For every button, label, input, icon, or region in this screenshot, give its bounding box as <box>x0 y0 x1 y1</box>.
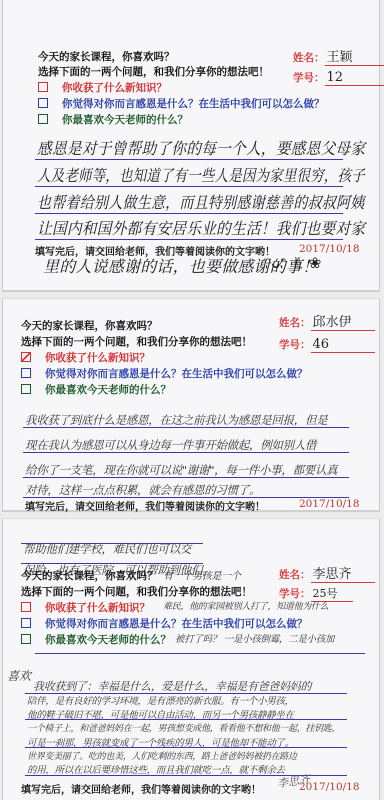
ruled-line <box>23 427 349 428</box>
intro-line-1: 今天的家长课程，你喜欢吗？ <box>38 50 175 65</box>
ruled-line <box>35 186 343 187</box>
intro-line-2: 选择下面的一两个问题，和我们分享你的想法吧！ <box>38 65 269 80</box>
name-value: 邱水伊 <box>311 311 375 331</box>
handwriting-line: 让国内和国外都有安居乐业的生活！我们也要对家 <box>37 216 365 239</box>
question-gratitude: 你觉得对你而言感恩是什么？在生活中我们可以怎么做？ <box>21 366 308 382</box>
ruled-line <box>23 477 349 478</box>
question-gratitude: 你觉得对你而言感恩是什么？在生活中我们可以怎么做？ <box>38 96 325 112</box>
handwriting-line: 现在我认为感恩可以从身边每一件事开始做起，例如别人借 <box>25 437 316 453</box>
doodle-icon: ᵔᴗᵔ ✌ ❀ <box>265 254 321 272</box>
question-new-knowledge: 你收获了什么新知识？ <box>38 80 167 96</box>
checkbox[interactable] <box>38 98 48 108</box>
question-favorite-teacher: 你最喜欢今天老师的什么？ <box>21 632 171 648</box>
handwriting-line: 陪伴，是有良好的学习环境，是有漂亮的新衣服。有一个小男孩， <box>27 693 294 707</box>
name-label: 姓名： <box>293 52 325 64</box>
handwriting-line: 一个椅子上，和爸爸妈妈在一起，男孩想变成他，看看他不想和他一起，挂钥匙， <box>27 721 340 734</box>
feedback-card-3: 帮助他们建学校，难民们也可以交 保险，也有了医院，可以帮助到他们。 姓名：李思齐… <box>2 518 380 800</box>
name-value: 李思齐 <box>311 563 375 583</box>
checkbox-checked[interactable] <box>21 352 31 362</box>
ruled-line <box>35 653 365 654</box>
handwriting-line: 我收获到了：幸福是什么，爱是什么，幸福是有爸爸妈妈的 <box>33 678 311 694</box>
student-no-field: 学号：12 <box>293 70 384 86</box>
feedback-card-1: 姓名：王颖 学号：12 今天的家长课程，你喜欢吗？ 选择下面的一两个问题，和我们… <box>2 0 380 292</box>
intro-line-1: 今天的家长课程，你喜欢吗？ <box>21 569 158 584</box>
checkbox[interactable] <box>21 368 31 378</box>
checkbox[interactable] <box>38 82 48 92</box>
feedback-card-2: 姓名：邱水伊 学号：46 今天的家长课程，你喜欢吗？ 选择下面的一两个问题，和我… <box>2 298 380 512</box>
footer-instruction: 填写完后，请交回给老师，我们等着阅读你的文字哟！ <box>25 498 265 513</box>
checkbox[interactable] <box>21 618 31 628</box>
name-field: 姓名：邱水伊 <box>279 311 375 331</box>
checkbox[interactable] <box>38 114 48 124</box>
student-no-field: 学号：46 <box>279 337 375 353</box>
question-favorite-teacher: 你最喜欢今天老师的什么？ <box>21 382 171 398</box>
checkbox[interactable] <box>21 602 31 612</box>
handwriting-line: 人及老师等，也知道了有一些人是因为家里很穷，孩子 <box>37 163 365 186</box>
handwriting-line: 给你了一支笔，现在你就可以说"谢谢"，每一件小事，都要认真 <box>25 462 337 478</box>
handwriting-note: 难民，他的家园被别人打了，知道他为什么 <box>163 599 328 612</box>
student-no-label: 学号： <box>279 339 311 351</box>
question-favorite-teacher: 你最喜欢今天老师的什么？ <box>38 112 188 128</box>
student-no-value: 46 <box>311 337 375 353</box>
name-label: 姓名： <box>279 317 311 329</box>
ruled-line <box>25 747 347 748</box>
handwriting-line: 我收获了到底什么是感恩，在这之前我认为感恩是回报，但是 <box>25 412 327 428</box>
student-no-value: 12 <box>325 70 384 86</box>
ruled-line <box>23 452 349 453</box>
checkbox[interactable] <box>21 634 31 644</box>
name-label: 姓名： <box>279 569 311 581</box>
intro-line-2: 选择下面的一两个问题，和我们分享你的想法吧！ <box>21 585 252 600</box>
margin-note: 喜欢 <box>7 667 31 684</box>
handwriting-line: 也帮着给别人做生意，而且特别感谢慈善的叔叔阿姨 <box>37 190 365 213</box>
ruled-line <box>25 719 347 720</box>
question-new-knowledge: 你收获了什么新知识？ <box>21 350 150 366</box>
handwriting-note: 帮助他们建学校，难民们也可以交 <box>23 541 191 557</box>
question-new-knowledge: 你收获了什么新知识？ <box>21 600 150 616</box>
handwriting-line: 对待，这样一点点积累，就会有感恩的习惯了。 <box>25 482 260 498</box>
intro-line-1: 今天的家长课程，你喜欢吗？ <box>21 319 158 334</box>
checkbox[interactable] <box>21 384 31 394</box>
name-value: 王颖 <box>325 46 384 66</box>
handwriting-line: 世界变美丽了。吃的也美，人们吃剩的东西，路上爸爸妈妈被扔在路边 <box>27 749 297 762</box>
name-field: 姓名：王颖 <box>293 46 384 66</box>
ruled-line <box>35 239 343 240</box>
ruled-line <box>35 213 343 214</box>
question-gratitude: 你觉得对你而言感恩是什么？在生活中我们可以怎么做？ <box>21 616 308 632</box>
ruled-line <box>35 159 343 160</box>
intro-line-2: 选择下面的一两个问题，和我们分享你的想法吧！ <box>21 335 252 350</box>
student-no-label: 学号： <box>293 72 325 84</box>
handwriting-line: 感恩是对于曾帮助了你的每一个人，要感恩父母家 <box>37 136 365 159</box>
footer-instruction: 填写完后，请交回给老师，我们等着阅读你的文字哟！ <box>21 781 261 796</box>
handwriting-note: 被打了吗？ 一是小孩倒霉，二是小孩加 <box>175 631 334 645</box>
handwriting-note: 有一个男孩是一个 <box>163 567 241 582</box>
handwriting-line: 的用，所以在以后要珍惜这些，而且我们就吃一点，就不剩余去 <box>27 762 285 776</box>
form-date: 2017/10/18 <box>299 498 360 510</box>
name-field: 姓名：李思齐 <box>279 563 375 583</box>
